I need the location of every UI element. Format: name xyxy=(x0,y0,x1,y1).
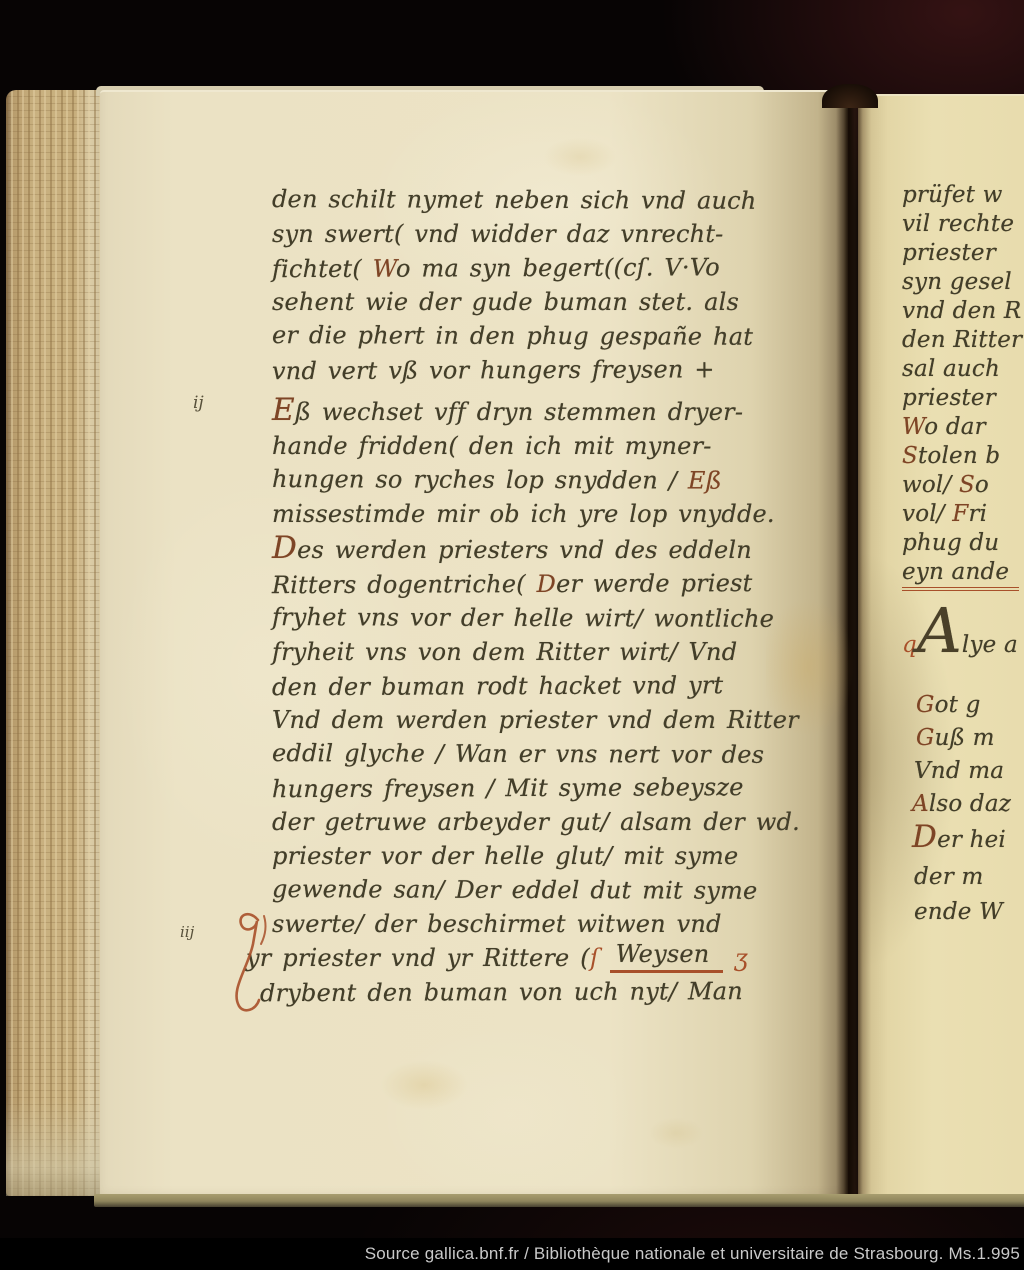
manuscript-line: Stolen b xyxy=(902,442,1024,471)
manuscript-line: q Alye a xyxy=(902,599,1024,685)
manuscript-line: priester xyxy=(902,384,1024,413)
manuscript-line: hungers freysen / Mit syme sebeysze xyxy=(272,770,812,806)
page-block-bottom-edge xyxy=(94,1194,1024,1207)
manuscript-line: Vnd ma xyxy=(914,757,1024,786)
manuscript-line: Also daz xyxy=(912,790,1024,819)
manuscript-line: Der hei xyxy=(912,823,1024,855)
manuscript-line: Got g xyxy=(916,691,1024,720)
manuscript-line: vnd den R xyxy=(902,297,1024,326)
manuscript-line: swerte/ der beschirmet witwen vnd xyxy=(272,907,812,941)
source-caption-text: Source gallica.bnf.fr / Bibliothèque nat… xyxy=(365,1244,1020,1264)
red-paraph-flourish xyxy=(222,908,286,1020)
quire-mark-iij: iij xyxy=(180,923,194,941)
manuscript-line: Ritters dogentriche( Der werde priest xyxy=(272,566,812,602)
manuscript-line: eddil glyche / Wan er vns nert vor des xyxy=(272,736,812,772)
manuscript-line: priester xyxy=(902,239,1024,268)
quire-mark-ij: ij xyxy=(193,393,204,413)
manuscript-line: drybent den buman von uch nyt/ Man xyxy=(260,974,812,1010)
manuscript-line: sal auch xyxy=(902,355,1024,384)
manuscript-line: vnd vert vß vor hungers freysen + xyxy=(272,352,812,388)
manuscript-line: Des werden priesters vnd des eddeln xyxy=(272,531,812,567)
manuscript-line: phug du xyxy=(902,529,1024,558)
manuscript-line: der m xyxy=(914,863,1024,892)
manuscript-line: Vnd dem werden priester vnd dem Ritter xyxy=(272,703,812,737)
manuscript-line: eyn ande xyxy=(902,558,1024,587)
manuscript-line: sehent wie der gude buman stet. als xyxy=(272,285,812,319)
manuscript-line: hungen so ryches lop snydden / Eß xyxy=(272,462,812,498)
manuscript-line: vol/ Fri xyxy=(902,500,1024,529)
manuscript-line: syn swert( vnd widder daz vnrecht- xyxy=(272,217,812,251)
manuscript-line: Guß m xyxy=(916,724,1024,753)
manuscript-line: den Ritter xyxy=(902,326,1024,355)
manuscript-line: ende W xyxy=(914,898,1024,927)
manuscript-line: hande fridden( den ich mit myner- xyxy=(272,429,812,463)
left-page-text-block: den schilt nymet neben sich vnd auchsyn … xyxy=(272,183,812,1009)
manuscript-line: vil rechte xyxy=(902,210,1024,239)
book-foredge-page-stack xyxy=(6,90,102,1196)
manuscript-line: fryhet vns vor der helle wirt/ wontliche xyxy=(272,600,812,636)
book-gutter-shadow xyxy=(836,88,862,1202)
digitized-manuscript-photo: den schilt nymet neben sich vnd auchsyn … xyxy=(0,0,1024,1270)
right-page-text-block: prüfet wvil rechtepriestersyn geselvnd d… xyxy=(902,181,1024,927)
manuscript-line: wol/ So xyxy=(902,471,1024,500)
manuscript-line: fryheit vns von dem Ritter wirt/ Vnd xyxy=(272,635,812,669)
binding-headband xyxy=(822,84,878,108)
manuscript-line: fichtet( Wo ma syn begert((cſ. V·Vo xyxy=(272,250,812,286)
manuscript-line: Eß wechset vff dryn stemmen dryer- xyxy=(272,393,812,429)
manuscript-line: er die phert in den phug gespañe hat xyxy=(272,318,812,354)
manuscript-line: gewende san/ Der eddel dut mit syme xyxy=(272,872,812,908)
manuscript-line: missestimde mir ob ich yre lop vnydde. xyxy=(272,497,812,531)
manuscript-line: der getruwe arbeyder gut/ alsam der wd. xyxy=(272,805,812,839)
manuscript-line: Wo dar xyxy=(902,413,1024,442)
manuscript-line: yr priester vnd yr Rittere (ſ Weysen ʒ xyxy=(246,941,812,975)
manuscript-line: prüfet w xyxy=(902,181,1024,210)
manuscript-line: den schilt nymet neben sich vnd auch xyxy=(272,182,812,218)
book-foredge-bottom-highlight xyxy=(6,1100,102,1196)
source-caption-bar: Source gallica.bnf.fr / Bibliothèque nat… xyxy=(0,1238,1024,1270)
manuscript-line: syn gesel xyxy=(902,268,1024,297)
manuscript-line: priester vor der helle glut/ mit syme xyxy=(272,839,812,873)
manuscript-line: den der buman rodt hacket vnd yrt xyxy=(272,668,812,704)
